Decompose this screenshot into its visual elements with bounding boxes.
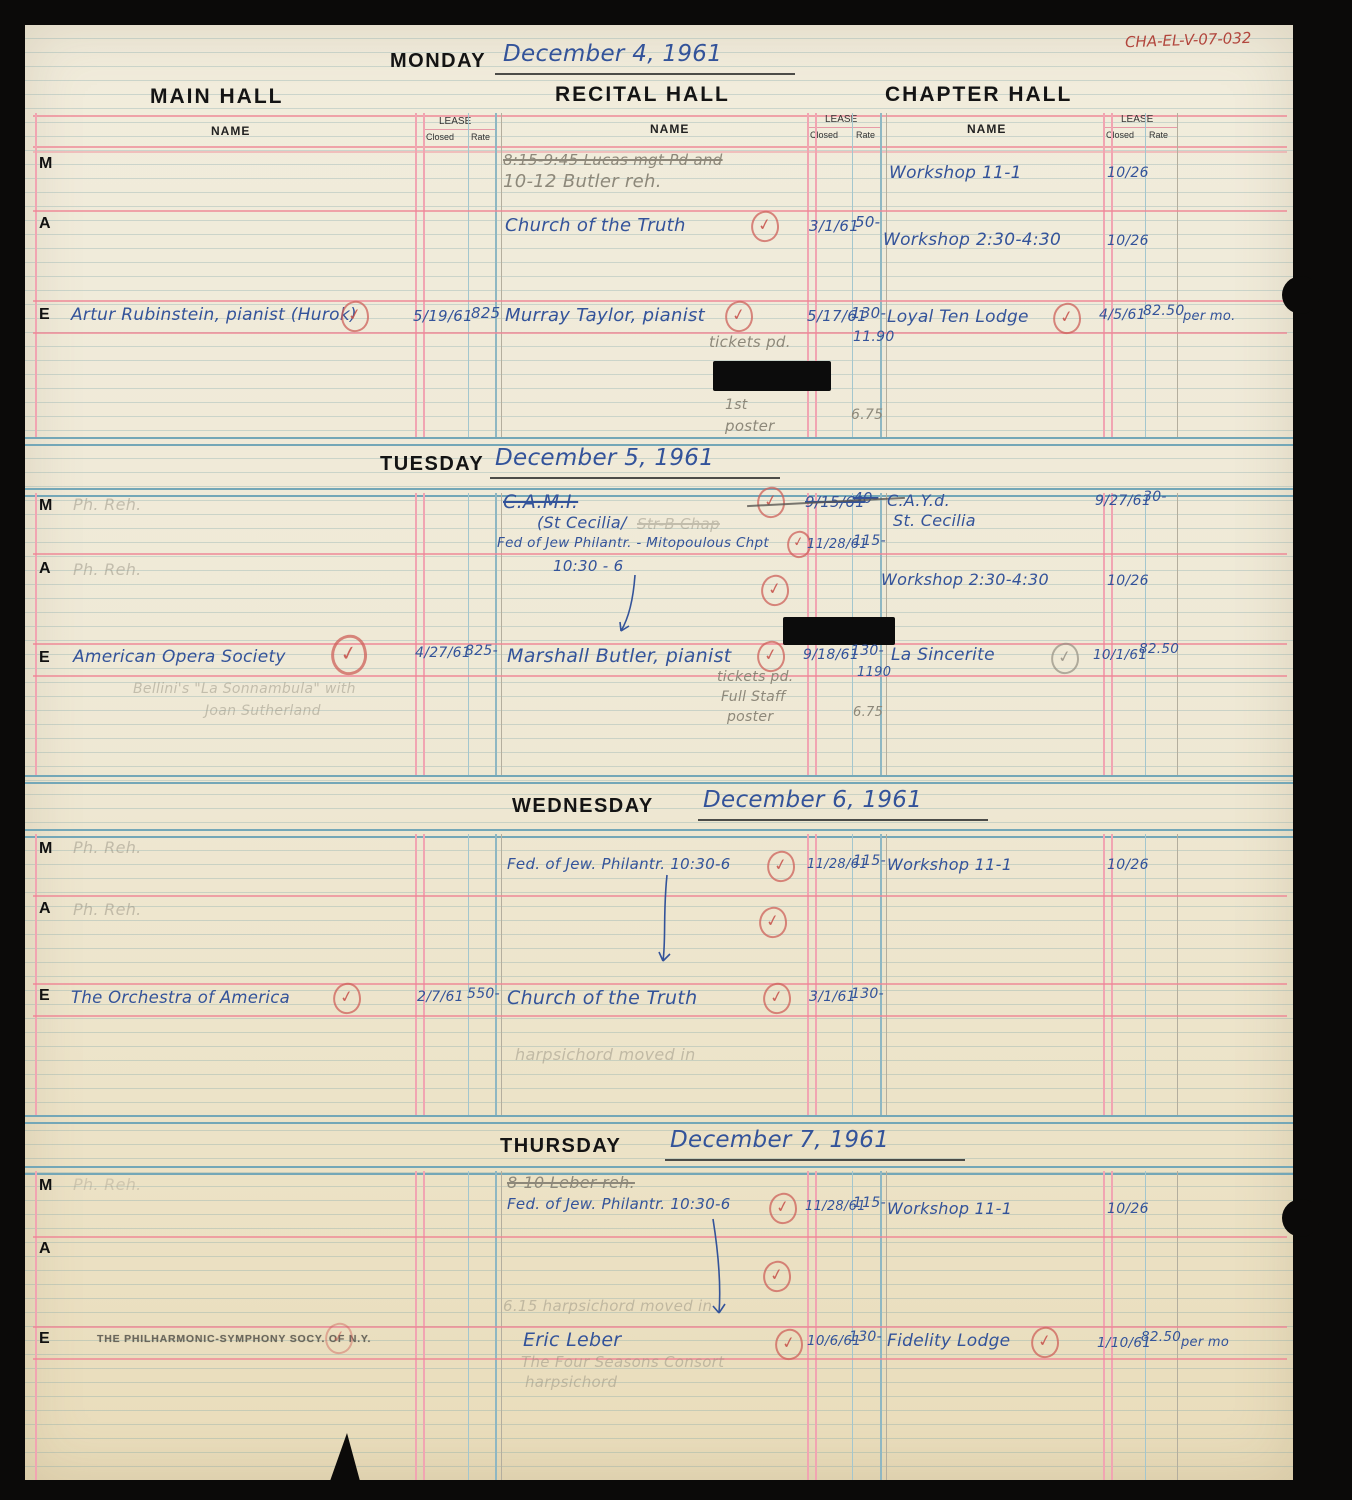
redaction-bar (713, 361, 831, 391)
entry-name: Workshop 11-1 (887, 1199, 1012, 1218)
entry-name: American Opera Society (73, 647, 286, 667)
date-tuesday: December 5, 1961 (495, 445, 714, 471)
entry-rate-suffix: per mo. (1183, 309, 1236, 324)
entry-note: The Four Seasons Consort (521, 1353, 724, 1371)
entry-note: poster (725, 417, 775, 435)
entry-name: Artur Rubinstein, pianist (Hurok) (71, 305, 357, 325)
row-rule (33, 1236, 1287, 1238)
date-wednesday: December 6, 1961 (703, 787, 922, 813)
row-rule (33, 1015, 1287, 1017)
entry-note: harpsichord (525, 1373, 617, 1391)
entry-name: Fed of Jew Philantr. - Mitopoulous Chpt (497, 535, 769, 551)
entry-note: Ph. Reh. (73, 838, 142, 857)
entry-note: 8-10 Leber reh. (507, 1173, 635, 1192)
row-rule (33, 300, 1287, 302)
entry-closed-date: 3/1/61 (809, 989, 856, 1005)
hole-punch-stem (1314, 290, 1352, 299)
ledger-scan-page: CHA-EL-V-07-032 MONDAY December 4, 1961 … (0, 0, 1352, 1500)
entry-closed-date: 10/26 (1107, 857, 1149, 873)
row-label-a: A (39, 560, 51, 578)
row-rule (33, 675, 1287, 677)
entry-note: 6.15 harpsichord moved in (503, 1297, 712, 1315)
entry-name: C.A.M.I. (503, 491, 578, 513)
entry-closed-date: 3/1/61 (809, 217, 859, 235)
entry-rate: 130- (849, 1329, 882, 1345)
entry-note: 10-12 Butler reh. (503, 171, 662, 192)
entry-name: Murray Taylor, pianist (505, 305, 705, 326)
entry-name: Workshop 11-1 (889, 163, 1022, 183)
date-thursday: December 7, 1961 (670, 1127, 889, 1153)
hole-punch-stem (1314, 1213, 1352, 1222)
entry-closed-date: 10/26 (1107, 1201, 1149, 1217)
row-rule (33, 332, 1287, 334)
redaction-bar (783, 617, 895, 645)
entry-note: Ph. Reh. (73, 495, 142, 514)
entry-note: tickets pd. (709, 333, 791, 351)
entry-rate: 550- (467, 986, 500, 1002)
entry-amount: 6.75 (851, 407, 883, 423)
row-label-m: M (39, 840, 52, 858)
row-label-m: M (39, 497, 52, 515)
entry-amount: 11.90 (853, 329, 895, 345)
entry-closed-date: 4/5/61 (1099, 307, 1146, 323)
entry-note: Ph. Reh. (73, 560, 142, 579)
entry-amount: 1190 (857, 665, 891, 680)
row-rule (33, 1326, 1287, 1328)
entry-closed-date: 5/19/61 (413, 307, 473, 325)
hall-title-recital: RECITAL HALL (555, 83, 730, 107)
entry-rate: 130- (851, 986, 884, 1002)
entry-name: Loyal Ten Lodge (887, 307, 1029, 327)
entry-name: Fidelity Lodge (887, 1331, 1010, 1351)
entry-rate: 825- (465, 643, 498, 659)
row-label-m: M (39, 155, 52, 173)
arrow-down-annotation (653, 873, 677, 971)
entry-note: Full Staff (721, 689, 785, 705)
date-monday: December 4, 1961 (503, 41, 722, 67)
hall-title-chapter: CHAPTER HALL (885, 83, 1072, 107)
entry-note: Bellini's "La Sonnambula" with (133, 681, 356, 697)
entry-closed-date: 10/26 (1107, 233, 1149, 249)
entry-rate-suffix: per mo (1181, 1335, 1229, 1350)
entry-rate: 115- (853, 853, 886, 869)
section-divider (25, 775, 1293, 784)
row-rule (33, 553, 1287, 555)
entry-sub: St. Cecilia (893, 511, 976, 530)
entry-name: Fed. of Jew. Philantr. 10:30-6 (507, 1195, 731, 1213)
row-label-e: E (39, 987, 50, 1005)
entry-note: poster (727, 709, 773, 725)
entry-rate: 115- (853, 1195, 886, 1211)
entry-name: The Orchestra of America (71, 988, 290, 1007)
entry-note: Ph. Reh. (73, 1175, 142, 1194)
row-label-m: M (39, 1177, 52, 1195)
row-rule (33, 983, 1287, 985)
date-underline (698, 819, 988, 821)
entry-name: Church of the Truth (505, 215, 686, 236)
arrow-down-annotation (613, 573, 643, 643)
entry-rate: 115- (853, 533, 886, 549)
hall-title-main: MAIN HALL (150, 85, 283, 109)
row-label-e: E (39, 1330, 50, 1348)
entry-note: harpsichord moved in (515, 1045, 696, 1064)
row-label-e: E (39, 306, 50, 324)
day-label-thursday: THURSDAY (500, 1135, 621, 1158)
date-underline (495, 73, 795, 75)
entry-closed-date: 4/27/61 (415, 645, 471, 661)
day-label-wednesday: WEDNESDAY (512, 795, 654, 818)
entry-note: Joan Sutherland (205, 703, 321, 719)
entry-note: Ph. Reh. (73, 900, 142, 919)
row-label-a: A (39, 900, 51, 918)
entry-name: Eric Leber (523, 1329, 621, 1351)
section-divider (25, 1115, 1293, 1124)
entry-name: La Sincerite (891, 645, 995, 665)
row-label-a: A (39, 215, 51, 233)
entry-rate: 50- (855, 213, 880, 231)
entry-closed-date: 10/26 (1107, 573, 1149, 589)
date-underline (665, 1159, 965, 1161)
entry-rate: 825 (471, 304, 501, 322)
entry-rate: 30- (1143, 489, 1167, 505)
entry-note: 1st (725, 397, 748, 413)
ledger-paper: CHA-EL-V-07-032 MONDAY December 4, 1961 … (25, 25, 1293, 1480)
entry-rate: 130- (851, 643, 884, 659)
entry-sub: (St Cecilia/ (537, 513, 627, 532)
entry-rate: 82.50 (1141, 1329, 1181, 1345)
paper-tear (330, 1433, 360, 1481)
entry-note: tickets pd. (717, 669, 794, 685)
entry-rate: 82.50 (1143, 303, 1185, 319)
entry-amount: 6.75 (853, 705, 883, 720)
date-underline (490, 477, 780, 479)
entry-name: Church of the Truth (507, 987, 697, 1009)
row-rule (33, 210, 1287, 212)
day-label-tuesday: TUESDAY (380, 453, 484, 476)
entry-note: 8:15-9:45 Lucas mgt Pd and (503, 151, 723, 169)
row-label-e: E (39, 649, 50, 667)
entry-name: Workshop 11-1 (887, 855, 1012, 874)
entry-name: C.A.Y.d. (887, 491, 950, 510)
entry-name: Workshop 2:30-4:30 (881, 570, 1049, 589)
entry-name: Fed. of Jew. Philantr. 10:30-6 (507, 855, 731, 873)
entry-rate: 82.50 (1139, 641, 1179, 657)
entry-note: Str-B Chap (637, 515, 720, 533)
entry-closed-date: 2/7/61 (417, 989, 464, 1005)
day-label-monday: MONDAY (390, 50, 486, 73)
entry-name: Workshop 2:30-4:30 (883, 230, 1061, 250)
entry-closed-date: 10/26 (1107, 165, 1149, 181)
entry-rate: 130- (851, 304, 886, 322)
entry-name: Marshall Butler, pianist (507, 645, 732, 667)
row-label-a: A (39, 1240, 51, 1258)
